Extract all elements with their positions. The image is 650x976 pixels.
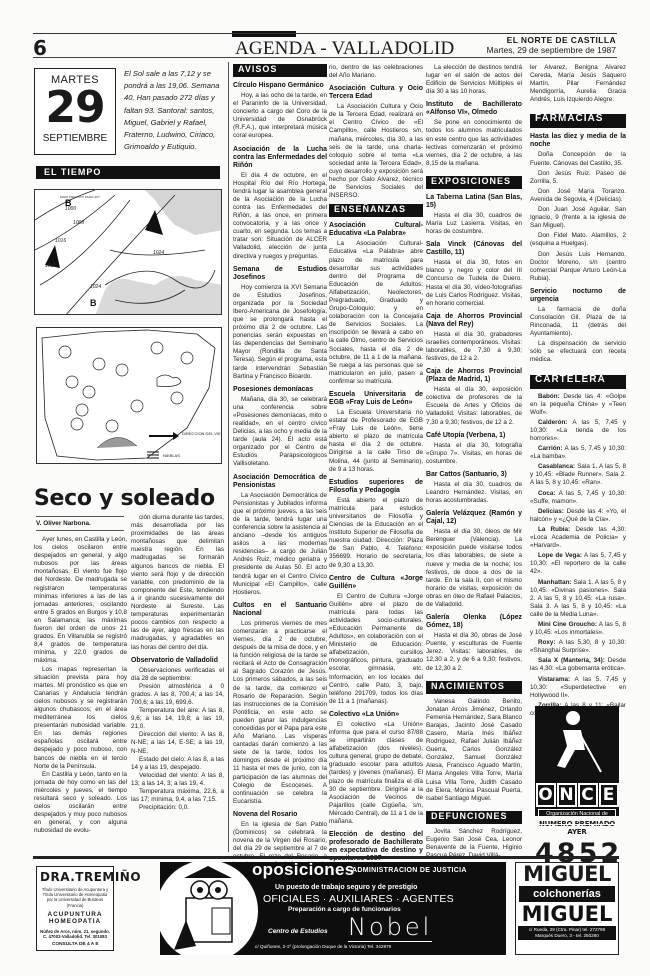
item-heading: Sala Vinck (Cánovas del Castillo, 11)	[426, 241, 522, 257]
item-heading: Café Utopía (Verbena, 1)	[426, 432, 522, 440]
item-text: Hasta el día 30, cuadros de María Luz La…	[426, 212, 522, 236]
ad-miguel-name-2: MIGUEL	[516, 903, 618, 925]
observation: Dirección del viento: A las 8, N-NE; a l…	[131, 731, 224, 755]
item-heading: Novena del Rosario	[233, 811, 327, 819]
item-text: La Asociación Cultural-Educativa «La Pal…	[329, 240, 423, 386]
date-line: Martes, 29 de septiembre de 1987	[487, 45, 616, 55]
ad-oposiciones-centro: Centro de Estudios	[268, 928, 328, 935]
svg-text:NIEBLAS: NIEBLAS	[163, 453, 180, 458]
observation: Estado del cielo: A las 8, a las 14 y a …	[131, 756, 224, 772]
item-heading: Instituto de Bachillerato «Alfonso VI», …	[426, 101, 522, 117]
svg-text:1024: 1024	[153, 250, 164, 256]
svg-text:DIRECCION DEL VIENTO: DIRECCION DEL VIENTO	[182, 431, 222, 436]
ad-tremino-hours: CONSULTA DE 4 A 8	[40, 942, 110, 947]
item-heading: Asociación Cultural-Educativa «La Palabr…	[329, 222, 423, 238]
ad-oposiciones-line1: Un puesto de trabajo seguro y de prestig…	[275, 884, 417, 891]
cartelera-item: Roxy: A las 5,30, 8 y 10,30: «Shanghai S…	[530, 639, 626, 655]
item-heading: Caja de Ahorros Provincial (Nava del Rey…	[426, 313, 522, 329]
item-text: La Asociación Democrática de Pensionista…	[233, 492, 327, 597]
item-text: Hasta el día 30, cuadros de Leandro Hern…	[426, 481, 522, 505]
cartelera-item: Calderón: A las 5, 7,45 y 10,30: «La tie…	[530, 419, 626, 443]
item-text: El Centro de Cultura «Jorge Guillén» abr…	[329, 593, 423, 706]
isobar-map-icon: MAPA PREVISTO PARA HOY 1000 1008 1016 10…	[35, 190, 222, 315]
ad-oposiciones-line2: OFICIALES · AUXILIARES · AGENTES	[263, 893, 454, 905]
ad-tremino-specialty: ACUPUNTURA	[40, 911, 110, 919]
nacimientos-list: Vanesa Galindo Benito, Jonatan Arcos Jim…	[426, 698, 522, 803]
item-text: Hoy, a las ocho de la tarde, en el Paran…	[233, 92, 327, 141]
day-number: 29	[35, 86, 115, 130]
farmacia: Don José María Toranzo. Avenida de Segov…	[530, 188, 626, 204]
almanac-text: El Sol sale a las 7,12 y se pondrá a las…	[124, 68, 224, 153]
item-heading: Círculo Hispano Germánico	[233, 82, 327, 90]
cartelera-item: Coca: A las 5, 7,45 y 10,30: «Suffe, mam…	[530, 490, 626, 506]
farmacias-heading: Hasta las diez y media de la noche	[530, 133, 626, 149]
column-divider	[228, 62, 229, 852]
item-text: Hasta el día 30, fotografía «Grupo 7». V…	[426, 442, 522, 466]
ad-oposiciones-line3: Preparación a cargo de funcionarios	[288, 906, 401, 913]
ad-miguel-name: MIGUEL	[516, 863, 618, 885]
once-logo: O N C E Organización Nacional de Ciegos	[535, 706, 619, 816]
cartelera-item: Carrión: A las 5, 7,45 y 10,30: «La bamb…	[530, 445, 626, 461]
exposiciones-column: La elección de destinos tendrá lugar en …	[426, 64, 522, 860]
item-heading: Centro de Cultura «Jorge Guillén»	[329, 575, 423, 591]
item-text: La Escuela Universitaria no estatal de P…	[329, 409, 423, 474]
cartelera-item: Delicias: Desde las 4: «Yo, el halcón» y…	[530, 508, 626, 524]
item-text: Hasta el día 30, grabadores israelíes co…	[426, 331, 522, 363]
date-box: MARTES 29 SEPTIEMBRE	[34, 68, 116, 155]
item-text: Hoy comienza la XVI Semana de Estudios J…	[233, 284, 327, 381]
item-heading: Asociación Democrática de Pensionistas	[233, 474, 327, 490]
month: SEPTIEMBRE	[35, 133, 115, 144]
item-heading: Galería Velázquez (Ramón y Cajal, 12)	[426, 510, 522, 526]
svg-text:1016: 1016	[55, 238, 66, 244]
farmacia: Don Juan José Aguilar. San Ignacio, 9 (f…	[530, 206, 626, 230]
svg-text:1024: 1024	[90, 284, 101, 290]
item-text: El día 4 de octubre, en el Hospital Río …	[233, 172, 327, 261]
observatory-heading: Observatorio de Valladolid	[131, 657, 224, 665]
cartelera-item: Babón: Desde las 4: «Golpe en la pequeña…	[530, 393, 626, 417]
item-heading: Semana de Estudios Josefinos	[233, 266, 327, 282]
svg-text:B: B	[65, 198, 72, 208]
item-heading: Galería Olenka (López Gómez, 18)	[426, 614, 522, 630]
item-heading: Escuela Universitaria de EGB «Fray Luis …	[329, 391, 423, 407]
ensenanzas-section-bar: ENSEÑANZAS	[329, 204, 423, 217]
item-heading: Caja de Ahorros Provincial (Plaza de Mad…	[426, 368, 522, 384]
paragraph: ción diurna durante las tardes, más desa…	[131, 514, 224, 652]
header-rule-bottom	[33, 57, 617, 58]
cartelera-item: Sala X (Mantería, 34): Desde las 4,30: «…	[530, 657, 626, 673]
item-heading: Asociación Cultura y Ocio Tercera Edad	[329, 85, 423, 101]
once-lottery-box: O N C E Organización Nacional de Ciegos …	[535, 706, 619, 869]
farmacias-cartelera-column: ler Alvarez, Benigna Alvarez Cereda, Mar…	[530, 64, 626, 720]
paragraph: Los mapas representan la situación previ…	[34, 666, 127, 771]
urgencia-heading: Servicio nocturno de urgencia	[530, 288, 626, 304]
item-text: Hasta el día 30, obras de José Puente, y…	[426, 632, 522, 672]
blind-person-cane-icon	[535, 706, 619, 776]
farmacias-section-bar: FARMACIAS	[530, 114, 626, 128]
header-rule	[33, 33, 617, 34]
ad-oposiciones-title: oposiciones	[252, 862, 355, 880]
item-heading: Asociación de la Lucha contra las Enferm…	[233, 146, 327, 170]
masthead: EL NORTE DE CASTILLA Martes, 29 de septi…	[487, 35, 616, 55]
cartelera-item: Casablanca: Sala 1. A las 5, 8 y 10,45: …	[530, 463, 626, 487]
europe-weather-map: MAPA PREVISTO PARA HOY 1000 1008 1016 10…	[34, 189, 222, 315]
ad-tremino-address: Núñez de Arce, núm. 21, segundo. C. 4700…	[40, 929, 110, 940]
weather-section-bar: EL TIEMPO	[36, 166, 220, 179]
item-text: El colectivo «La Unión» informa que para…	[329, 721, 423, 826]
item-heading: La Taberna Latina (San Blas, 15)	[426, 194, 522, 210]
continued-text: rio, dentro de las celebraciones del Año…	[329, 64, 423, 80]
farmacia: Don Fidel Mato. Alamillos, 2 (esquina a …	[530, 232, 626, 248]
urgencia-text: La dispensación de servicio sólo se efec…	[530, 340, 626, 364]
farmacia: Don Jesús Luis Hernando. Doctor Moreno, …	[530, 251, 626, 283]
observation: Temperatura máxima, 22,6, a las 17; míni…	[131, 788, 224, 804]
ad-tremino-specialty: HOMEOPATIA	[40, 918, 110, 926]
avisos-section-bar: AVISOS	[233, 64, 327, 77]
item-heading: Colectivo «La Unión»	[329, 711, 423, 719]
regional-forecast-map-icon: DIRECCION DEL VIENTO NIEBLAS	[37, 328, 222, 464]
item-text: Hasta el día 30, fotos en blanco y negro…	[426, 259, 522, 308]
defunciones-section-bar: DEFUNCIONES	[426, 811, 522, 824]
item-text: Los primeros viernes de mes comenzarán a…	[233, 620, 327, 806]
svg-text:1016: 1016	[45, 263, 56, 269]
ad-oposiciones-subtitle: ADMINISTRACION DE JUSTICIA	[352, 867, 467, 874]
item-text: Mañana, día 30, se celebrará una confere…	[233, 396, 327, 469]
cartelera-item: Manhattan: Sala 1. A las 5, 8 y 10,45: «…	[530, 579, 626, 619]
owl-mascot-icon	[160, 862, 260, 955]
weather-article-col1: Ayer lunes, en Castilla y León, los ciel…	[34, 536, 127, 835]
item-heading: Estudios superiores de Filosofía y Pedag…	[329, 479, 423, 495]
item-text: Se pone en conocimiento de todos los alu…	[426, 119, 522, 168]
ad-tremino-name: DRA.TREMIÑO	[40, 870, 110, 884]
once-letters: O N C E	[535, 783, 619, 807]
observation: Temperatura del aire: A las 8, 9,6; a la…	[131, 707, 224, 731]
observation: Velocidad del viento: A las 8, 13; a las…	[131, 772, 224, 788]
continued-text: ler Alvarez, Benigna Alvarez Cereda, Mar…	[530, 64, 626, 104]
observation: Presión atmosférica a 0 grados. A las 8,…	[131, 683, 224, 707]
ad-tremino-titles: Título Universitario de Acupuntura y Tít…	[40, 887, 110, 908]
ads-divider	[33, 856, 619, 859]
header-bar	[232, 31, 296, 37]
newspaper-name: EL NORTE DE CASTILLA	[487, 35, 616, 45]
once-org-name: Organización Nacional de Ciegos	[538, 809, 616, 825]
ad-miguel: MIGUEL colchonerías MIGUEL c/ Rueda, 29 …	[515, 862, 619, 955]
ensenanzas-column: rio, dentro de las celebraciones del Año…	[329, 64, 423, 938]
paragraph: En Castilla y León, tanto en la jornada …	[34, 771, 127, 836]
exposiciones-section-bar: EXPOSICIONES	[426, 176, 522, 189]
svg-text:1008: 1008	[73, 220, 84, 226]
weather-article-col2: ción diurna durante las tardes, más desa…	[131, 514, 224, 812]
continued-text: La elección de destinos tendrá lugar en …	[426, 64, 522, 96]
farmacia: Don Jesús Ruiz. Paseo de Zorrilla, 5.	[530, 170, 626, 186]
weather-headline: Seco y soleado	[34, 486, 215, 511]
paragraph: Ayer lunes, en Castilla y León, los ciel…	[34, 536, 127, 666]
ad-miguel-tagline: colchonerías	[519, 886, 615, 902]
cartelera-item: Lope de Vega: A las 5, 7,45 y 10,30: «El…	[530, 552, 626, 576]
cartelera-item: La Rubia: Desde las 4,30: «Loca Academia…	[530, 526, 626, 550]
ad-tremino: DRA.TREMIÑO Título Universitario de Acup…	[36, 866, 114, 951]
castilla-leon-weather-map: DIRECCION DEL VIENTO NIEBLAS	[36, 327, 222, 464]
item-text: Hasta el día 30, óleos de Mir Berenguer …	[426, 528, 522, 609]
item-text: Está abierto el plazo de matrícula para …	[329, 497, 423, 570]
observation: Observaciones verificadas el día 28 de s…	[131, 667, 224, 683]
cartelera-section-bar: CARTELERA	[530, 375, 626, 389]
item-text: Hasta el día 30, exposición colectiva de…	[426, 386, 522, 426]
item-text: La Asociación Cultura y Ocio de la Terce…	[329, 103, 423, 200]
cartelera-item: Vistarama: A las 5, 7,45 y 10,30: «Super…	[530, 676, 626, 700]
item-heading: Cultos en el Santuario Nacional	[233, 602, 327, 618]
farmacia: Doña Concepción de la Fuente. Cánovas de…	[530, 151, 626, 167]
cartelera-item: Mini Cine Groucho: A las 5, 8 y 10,45: «…	[530, 621, 626, 637]
nobel-logo: Nobel	[348, 913, 432, 942]
item-heading: Bar Cattos (Santuario, 3)	[426, 471, 522, 479]
observation: Precipitación: 0,0.	[131, 804, 224, 812]
ad-miguel-address: c/ Rueda, 29 (Ctra. Pinar) tel. 272798 M…	[518, 926, 616, 940]
svg-text:B: B	[90, 298, 97, 308]
ad-oposiciones-address: c/ Quiñones, 2-1º (prolongación Duque de…	[255, 944, 391, 949]
ad-oposiciones: oposiciones ADMINISTRACION DE JUSTICIA U…	[160, 862, 506, 955]
nacimientos-section-bar: NACIMIENTOS	[426, 681, 522, 694]
byline: V. Oliver Narbona.	[36, 516, 124, 531]
avisos-column: AVISOS Círculo Hispano Germánico Hoy, a …	[233, 64, 327, 910]
item-heading: Posesiones demoníacas	[233, 386, 327, 394]
urgencia-text: La farmacia de doña Consolación Gil. Pla…	[530, 306, 626, 338]
